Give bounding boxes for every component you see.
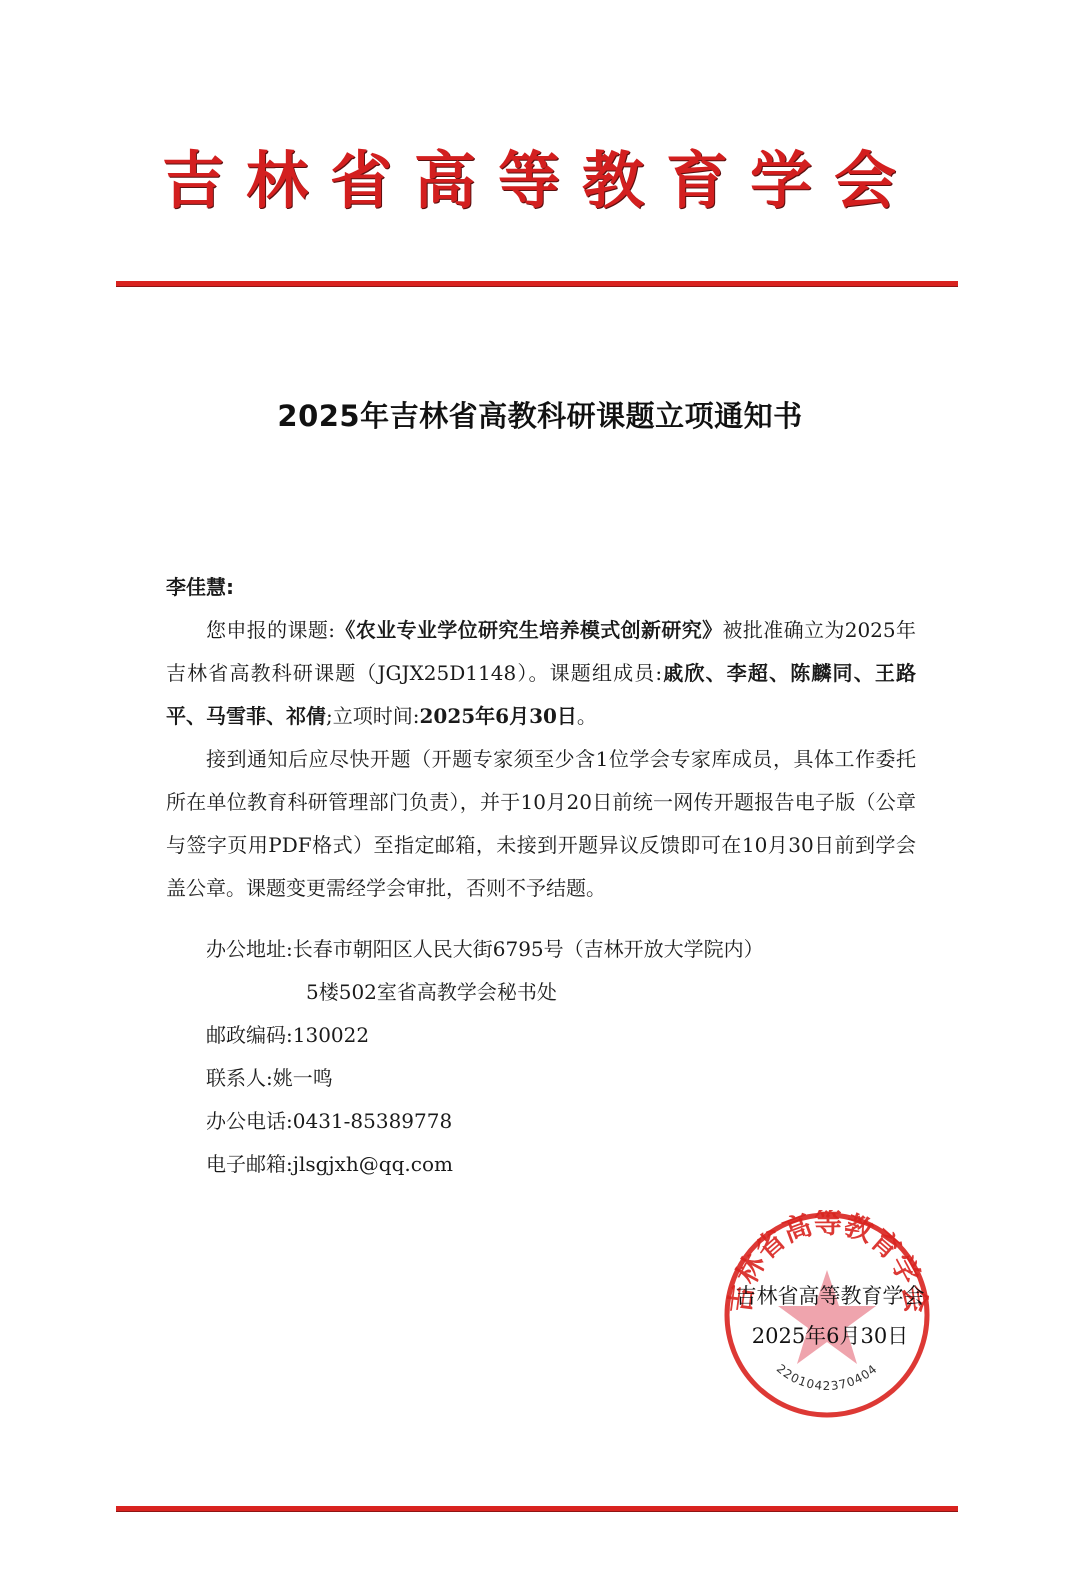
date-label: ;立项时间: (326, 704, 419, 728)
approval-date: 2025年6月30日 (419, 704, 576, 728)
footer-divider (116, 1506, 958, 1512)
document-title: 2025年吉林省高教科研课题立项通知书 (0, 394, 1080, 435)
address-row-2: 5楼502室省高教学会秘书处 (206, 971, 846, 1014)
postal-value: 130022 (293, 1014, 369, 1057)
phone-row: 办公电话: 0431-85389778 (206, 1100, 846, 1143)
approval-prefix: 您申报的课题: (206, 618, 335, 642)
email-label: 电子邮箱: (206, 1143, 293, 1186)
signature-org: 吉林省高等教育学会 (700, 1276, 960, 1316)
postal-label: 邮政编码: (206, 1014, 293, 1057)
document-body: 李佳慧: 您申报的课题:《农业专业学位研究生培养模式创新研究》被批准确立为202… (166, 566, 916, 910)
paragraph-instructions: 接到通知后应尽快开题（开题专家须至少含1位学会专家库成员，具体工作委托所在单位教… (166, 738, 916, 910)
address-line2: 5楼502室省高教学会秘书处 (306, 971, 557, 1014)
phone-value: 0431-85389778 (293, 1100, 452, 1143)
address-label: 办公地址: (206, 928, 293, 971)
letterhead-org-name: 吉林省高等教育学会 (0, 150, 1080, 212)
address-row: 办公地址: 长春市朝阳区人民大街6795号（吉林开放大学院内） (206, 928, 846, 971)
email-value[interactable]: jlsgjxh@qq.com (293, 1143, 453, 1186)
contact-info: 办公地址: 长春市朝阳区人民大街6795号（吉林开放大学院内） 5楼502室省高… (206, 928, 846, 1186)
letterhead-divider (116, 281, 958, 287)
svg-text:2201042370404: 2201042370404 (774, 1361, 880, 1393)
contact-person-label: 联系人: (206, 1057, 273, 1100)
address-line1: 长春市朝阳区人民大街6795号（吉林开放大学院内） (293, 928, 764, 971)
postal-row: 邮政编码: 130022 (206, 1014, 846, 1057)
document-page: 吉林省高等教育学会 2025年吉林省高教科研课题立项通知书 李佳慧: 您申报的课… (0, 0, 1080, 1596)
salutation: 李佳慧: (166, 566, 916, 609)
email-row: 电子邮箱: jlsgjxh@qq.com (206, 1143, 846, 1186)
contact-person-row: 联系人: 姚一鸣 (206, 1057, 846, 1100)
project-title: 《农业专业学位研究生培养模式创新研究》 (335, 618, 722, 642)
phone-label: 办公电话: (206, 1100, 293, 1143)
sentence-end: 。 (577, 704, 597, 728)
signature-date: 2025年6月30日 (700, 1316, 960, 1356)
signature-block: 吉林省高等教育学会 2025年6月30日 (700, 1276, 960, 1356)
contact-person-value: 姚一鸣 (273, 1057, 333, 1100)
paragraph-approval: 您申报的课题:《农业专业学位研究生培养模式创新研究》被批准确立为2025年吉林省… (166, 609, 916, 738)
